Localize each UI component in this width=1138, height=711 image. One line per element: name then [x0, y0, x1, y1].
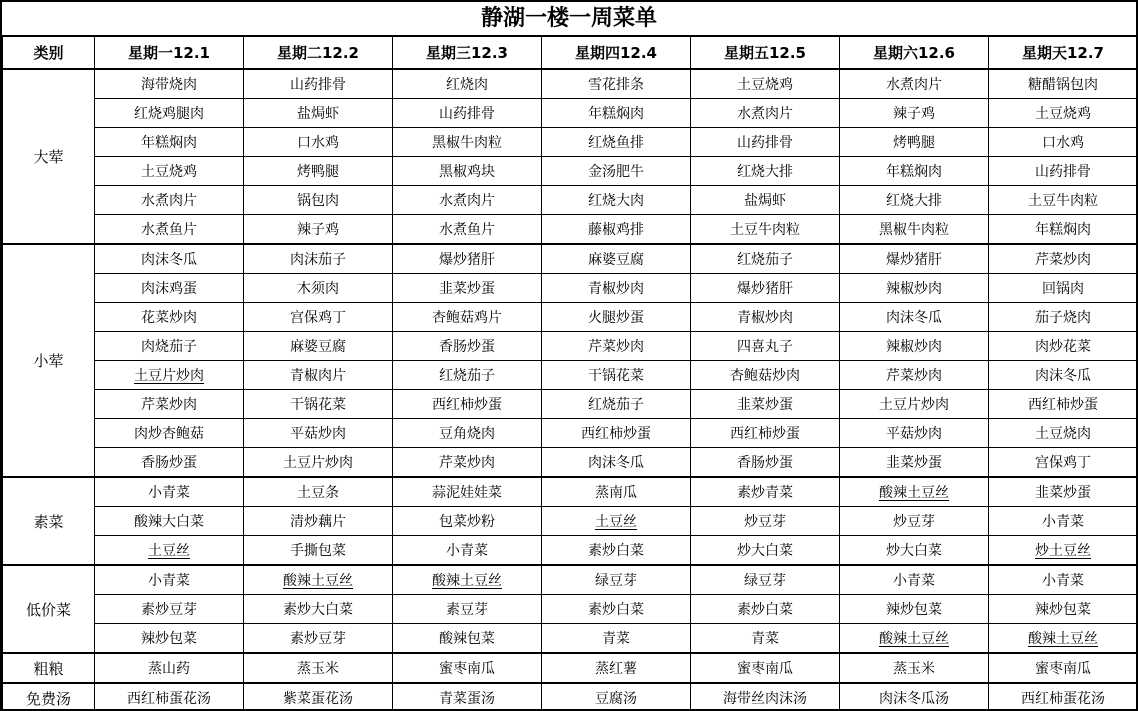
menu-header: 类别星期一12.1星期二12.2星期三12.3星期四12.4星期五12.5星期六… — [3, 36, 1138, 69]
menu-cell-di-jia-cai-tue-1: 酸辣土豆丝 — [244, 565, 393, 595]
menu-cell-di-jia-cai-mon-3: 辣炒包菜 — [95, 624, 244, 654]
menu-cell-xiao-hun-wed-3: 杏鲍菇鸡片 — [393, 303, 542, 332]
menu-cell-da-hun-wed-2: 山药排骨 — [393, 99, 542, 128]
menu-cell-xiao-hun-fri-1: 红烧茄子 — [691, 244, 840, 274]
menu-cell-su-cai-sat-2: 炒豆芽 — [840, 507, 989, 536]
menu-cell-mian-fei-tang-fri-1: 海带丝肉沫汤 — [691, 683, 840, 711]
menu-cell-xiao-hun-tue-6: 干锅花菜 — [244, 390, 393, 419]
menu-cell-xiao-hun-sat-7: 平菇炒肉 — [840, 419, 989, 448]
menu-cell-xiao-hun-tue-5: 青椒肉片 — [244, 361, 393, 390]
menu-cell-xiao-hun-mon-4: 肉烧茄子 — [95, 332, 244, 361]
category-cell-mian-fei-tang: 免费汤 — [3, 683, 95, 711]
menu-cell-xiao-hun-fri-3: 青椒炒肉 — [691, 303, 840, 332]
menu-cell-di-jia-cai-thu-1: 绿豆芽 — [542, 565, 691, 595]
menu-cell-da-hun-fri-1: 土豆烧鸡 — [691, 69, 840, 99]
di-jia-cai-row-1: 低价菜小青菜酸辣土豆丝酸辣土豆丝绿豆芽绿豆芽小青菜小青菜 — [3, 565, 1138, 595]
column-header-fri: 星期五12.5 — [691, 36, 840, 69]
menu-cell-da-hun-tue-1: 山药排骨 — [244, 69, 393, 99]
menu-cell-da-hun-thu-2: 年糕焖肉 — [542, 99, 691, 128]
menu-cell-xiao-hun-wed-7: 豆角烧肉 — [393, 419, 542, 448]
menu-cell-xiao-hun-wed-6: 西红柿炒蛋 — [393, 390, 542, 419]
da-hun-row-2: 红烧鸡腿肉盐焗虾山药排骨年糕焖肉水煮肉片辣子鸡土豆烧鸡 — [3, 99, 1138, 128]
menu-cell-di-jia-cai-wed-1: 酸辣土豆丝 — [393, 565, 542, 595]
page-title: 静湖一楼一周菜单 — [2, 2, 1136, 35]
menu-cell-da-hun-mon-1: 海带烧肉 — [95, 69, 244, 99]
menu-cell-da-hun-sun-5: 土豆牛肉粒 — [989, 186, 1138, 215]
da-hun-row-6: 水煮鱼片辣子鸡水煮鱼片藤椒鸡排土豆牛肉粒黑椒牛肉粒年糕焖肉 — [3, 215, 1138, 245]
menu-cell-da-hun-sun-2: 土豆烧鸡 — [989, 99, 1138, 128]
menu-cell-xiao-hun-tue-4: 麻婆豆腐 — [244, 332, 393, 361]
menu-cell-xiao-hun-fri-8: 香肠炒蛋 — [691, 448, 840, 478]
menu-cell-di-jia-cai-sun-1: 小青菜 — [989, 565, 1138, 595]
menu-cell-da-hun-tue-5: 锅包肉 — [244, 186, 393, 215]
column-header-sun: 星期天12.7 — [989, 36, 1138, 69]
menu-cell-xiao-hun-mon-5: 土豆片炒肉 — [95, 361, 244, 390]
menu-cell-mian-fei-tang-tue-1: 紫菜蛋花汤 — [244, 683, 393, 711]
category-cell-xiao-hun: 小荤 — [3, 244, 95, 477]
menu-cell-di-jia-cai-fri-2: 素炒白菜 — [691, 595, 840, 624]
menu-cell-mian-fei-tang-wed-1: 青菜蛋汤 — [393, 683, 542, 711]
menu-cell-da-hun-fri-3: 山药排骨 — [691, 128, 840, 157]
menu-cell-xiao-hun-sat-3: 肉沫冬瓜 — [840, 303, 989, 332]
menu-cell-su-cai-tue-3: 手撕包菜 — [244, 536, 393, 566]
menu-cell-xiao-hun-mon-2: 肉沫鸡蛋 — [95, 274, 244, 303]
menu-cell-di-jia-cai-fri-1: 绿豆芽 — [691, 565, 840, 595]
menu-cell-xiao-hun-sun-4: 肉炒花菜 — [989, 332, 1138, 361]
menu-cell-cu-liang-mon-1: 蒸山药 — [95, 653, 244, 683]
menu-cell-xiao-hun-wed-4: 香肠炒蛋 — [393, 332, 542, 361]
menu-cell-da-hun-sat-4: 年糕焖肉 — [840, 157, 989, 186]
su-cai-row-2: 酸辣大白菜清炒藕片包菜炒粉土豆丝炒豆芽炒豆芽小青菜 — [3, 507, 1138, 536]
menu-cell-da-hun-wed-1: 红烧肉 — [393, 69, 542, 99]
menu-cell-da-hun-mon-3: 年糕焖肉 — [95, 128, 244, 157]
menu-cell-da-hun-fri-2: 水煮肉片 — [691, 99, 840, 128]
menu-cell-xiao-hun-wed-5: 红烧茄子 — [393, 361, 542, 390]
menu-cell-xiao-hun-sun-1: 芹菜炒肉 — [989, 244, 1138, 274]
menu-cell-da-hun-sun-6: 年糕焖肉 — [989, 215, 1138, 245]
menu-cell-da-hun-sat-3: 烤鸭腿 — [840, 128, 989, 157]
xiao-hun-row-8: 香肠炒蛋土豆片炒肉芹菜炒肉肉沫冬瓜香肠炒蛋韭菜炒蛋宫保鸡丁 — [3, 448, 1138, 478]
menu-cell-da-hun-sat-2: 辣子鸡 — [840, 99, 989, 128]
menu-cell-xiao-hun-thu-3: 火腿炒蛋 — [542, 303, 691, 332]
menu-cell-da-hun-sun-1: 糖醋锅包肉 — [989, 69, 1138, 99]
menu-cell-da-hun-fri-5: 盐焗虾 — [691, 186, 840, 215]
menu-cell-su-cai-fri-1: 素炒青菜 — [691, 477, 840, 507]
di-jia-cai-row-3: 辣炒包菜素炒豆芽酸辣包菜青菜青菜酸辣土豆丝酸辣土豆丝 — [3, 624, 1138, 654]
menu-cell-xiao-hun-mon-1: 肉沫冬瓜 — [95, 244, 244, 274]
menu-cell-xiao-hun-thu-4: 芹菜炒肉 — [542, 332, 691, 361]
menu-cell-cu-liang-fri-1: 蜜枣南瓜 — [691, 653, 840, 683]
menu-cell-su-cai-thu-2: 土豆丝 — [542, 507, 691, 536]
menu-cell-da-hun-mon-6: 水煮鱼片 — [95, 215, 244, 245]
menu-cell-da-hun-sat-1: 水煮肉片 — [840, 69, 989, 99]
column-header-sat: 星期六12.6 — [840, 36, 989, 69]
column-header-mon: 星期一12.1 — [95, 36, 244, 69]
menu-cell-xiao-hun-thu-6: 红烧茄子 — [542, 390, 691, 419]
menu-cell-da-hun-mon-4: 土豆烧鸡 — [95, 157, 244, 186]
menu-cell-di-jia-cai-sat-1: 小青菜 — [840, 565, 989, 595]
menu-cell-xiao-hun-thu-1: 麻婆豆腐 — [542, 244, 691, 274]
menu-cell-xiao-hun-mon-8: 香肠炒蛋 — [95, 448, 244, 478]
menu-cell-da-hun-tue-6: 辣子鸡 — [244, 215, 393, 245]
menu-cell-da-hun-tue-2: 盐焗虾 — [244, 99, 393, 128]
xiao-hun-row-5: 土豆片炒肉青椒肉片红烧茄子干锅花菜杏鲍菇炒肉芹菜炒肉肉沫冬瓜 — [3, 361, 1138, 390]
menu-cell-di-jia-cai-fri-3: 青菜 — [691, 624, 840, 654]
menu-cell-cu-liang-wed-1: 蜜枣南瓜 — [393, 653, 542, 683]
xiao-hun-row-3: 花菜炒肉宫保鸡丁杏鲍菇鸡片火腿炒蛋青椒炒肉肉沫冬瓜茄子烧肉 — [3, 303, 1138, 332]
menu-cell-di-jia-cai-sat-3: 酸辣土豆丝 — [840, 624, 989, 654]
menu-cell-xiao-hun-mon-3: 花菜炒肉 — [95, 303, 244, 332]
di-jia-cai-row-2: 素炒豆芽素炒大白菜素豆芽素炒白菜素炒白菜辣炒包菜辣炒包菜 — [3, 595, 1138, 624]
menu-cell-cu-liang-tue-1: 蒸玉米 — [244, 653, 393, 683]
menu-cell-xiao-hun-tue-8: 土豆片炒肉 — [244, 448, 393, 478]
menu-cell-su-cai-fri-2: 炒豆芽 — [691, 507, 840, 536]
menu-cell-xiao-hun-thu-8: 肉沫冬瓜 — [542, 448, 691, 478]
menu-cell-di-jia-cai-tue-3: 素炒豆芽 — [244, 624, 393, 654]
xiao-hun-row-7: 肉炒杏鲍菇平菇炒肉豆角烧肉西红柿炒蛋西红柿炒蛋平菇炒肉土豆烧肉 — [3, 419, 1138, 448]
menu-cell-su-cai-mon-3: 土豆丝 — [95, 536, 244, 566]
xiao-hun-row-1: 小荤肉沫冬瓜肉沫茄子爆炒猪肝麻婆豆腐红烧茄子爆炒猪肝芹菜炒肉 — [3, 244, 1138, 274]
menu-cell-da-hun-thu-3: 红烧鱼排 — [542, 128, 691, 157]
menu-cell-xiao-hun-sun-2: 回锅肉 — [989, 274, 1138, 303]
menu-cell-da-hun-mon-2: 红烧鸡腿肉 — [95, 99, 244, 128]
menu-cell-da-hun-thu-6: 藤椒鸡排 — [542, 215, 691, 245]
menu-cell-di-jia-cai-thu-2: 素炒白菜 — [542, 595, 691, 624]
menu-cell-xiao-hun-sun-3: 茄子烧肉 — [989, 303, 1138, 332]
menu-cell-da-hun-wed-3: 黑椒牛肉粒 — [393, 128, 542, 157]
xiao-hun-row-4: 肉烧茄子麻婆豆腐香肠炒蛋芹菜炒肉四喜丸子辣椒炒肉肉炒花菜 — [3, 332, 1138, 361]
menu-body: 大荤海带烧肉山药排骨红烧肉雪花排条土豆烧鸡水煮肉片糖醋锅包肉红烧鸡腿肉盐焗虾山药… — [3, 69, 1138, 711]
menu-cell-da-hun-sun-3: 口水鸡 — [989, 128, 1138, 157]
menu-cell-xiao-hun-sat-1: 爆炒猪肝 — [840, 244, 989, 274]
menu-cell-cu-liang-sat-1: 蒸玉米 — [840, 653, 989, 683]
da-hun-row-1: 大荤海带烧肉山药排骨红烧肉雪花排条土豆烧鸡水煮肉片糖醋锅包肉 — [3, 69, 1138, 99]
su-cai-row-3: 土豆丝手撕包菜小青菜素炒白菜炒大白菜炒大白菜炒土豆丝 — [3, 536, 1138, 566]
menu-cell-su-cai-thu-1: 蒸南瓜 — [542, 477, 691, 507]
menu-cell-xiao-hun-mon-6: 芹菜炒肉 — [95, 390, 244, 419]
menu-cell-su-cai-wed-3: 小青菜 — [393, 536, 542, 566]
menu-cell-xiao-hun-thu-2: 青椒炒肉 — [542, 274, 691, 303]
da-hun-row-3: 年糕焖肉口水鸡黑椒牛肉粒红烧鱼排山药排骨烤鸭腿口水鸡 — [3, 128, 1138, 157]
menu-cell-xiao-hun-thu-7: 西红柿炒蛋 — [542, 419, 691, 448]
menu-cell-da-hun-thu-4: 金汤肥牛 — [542, 157, 691, 186]
weekly-menu-sheet: 静湖一楼一周菜单 类别星期一12.1星期二12.2星期三12.3星期四12.4星… — [0, 0, 1138, 711]
header-row: 类别星期一12.1星期二12.2星期三12.3星期四12.4星期五12.5星期六… — [3, 36, 1138, 69]
menu-cell-di-jia-cai-mon-2: 素炒豆芽 — [95, 595, 244, 624]
menu-cell-da-hun-fri-6: 土豆牛肉粒 — [691, 215, 840, 245]
category-cell-di-jia-cai: 低价菜 — [3, 565, 95, 653]
menu-cell-xiao-hun-sat-4: 辣椒炒肉 — [840, 332, 989, 361]
menu-cell-su-cai-tue-2: 清炒藕片 — [244, 507, 393, 536]
menu-cell-da-hun-mon-5: 水煮肉片 — [95, 186, 244, 215]
menu-cell-su-cai-mon-1: 小青菜 — [95, 477, 244, 507]
da-hun-row-5: 水煮肉片锅包肉水煮肉片红烧大肉盐焗虾红烧大排土豆牛肉粒 — [3, 186, 1138, 215]
menu-cell-xiao-hun-wed-1: 爆炒猪肝 — [393, 244, 542, 274]
menu-cell-da-hun-fri-4: 红烧大排 — [691, 157, 840, 186]
menu-cell-su-cai-mon-2: 酸辣大白菜 — [95, 507, 244, 536]
menu-cell-xiao-hun-fri-4: 四喜丸子 — [691, 332, 840, 361]
menu-cell-su-cai-fri-3: 炒大白菜 — [691, 536, 840, 566]
menu-cell-xiao-hun-sat-5: 芹菜炒肉 — [840, 361, 989, 390]
menu-cell-xiao-hun-tue-1: 肉沫茄子 — [244, 244, 393, 274]
menu-cell-xiao-hun-wed-8: 芹菜炒肉 — [393, 448, 542, 478]
menu-cell-su-cai-wed-2: 包菜炒粉 — [393, 507, 542, 536]
column-header-wed: 星期三12.3 — [393, 36, 542, 69]
menu-cell-xiao-hun-tue-7: 平菇炒肉 — [244, 419, 393, 448]
menu-cell-xiao-hun-fri-5: 杏鲍菇炒肉 — [691, 361, 840, 390]
menu-cell-xiao-hun-wed-2: 韭菜炒蛋 — [393, 274, 542, 303]
category-cell-cu-liang: 粗粮 — [3, 653, 95, 683]
menu-cell-mian-fei-tang-sun-1: 西红柿蛋花汤 — [989, 683, 1138, 711]
menu-cell-di-jia-cai-wed-2: 素豆芽 — [393, 595, 542, 624]
menu-cell-su-cai-thu-3: 素炒白菜 — [542, 536, 691, 566]
menu-cell-xiao-hun-sun-5: 肉沫冬瓜 — [989, 361, 1138, 390]
menu-cell-da-hun-sun-4: 山药排骨 — [989, 157, 1138, 186]
xiao-hun-row-6: 芹菜炒肉干锅花菜西红柿炒蛋红烧茄子韭菜炒蛋土豆片炒肉西红柿炒蛋 — [3, 390, 1138, 419]
menu-cell-da-hun-wed-6: 水煮鱼片 — [393, 215, 542, 245]
mian-fei-tang-row-1: 免费汤西红柿蛋花汤紫菜蛋花汤青菜蛋汤豆腐汤海带丝肉沫汤肉沫冬瓜汤西红柿蛋花汤 — [3, 683, 1138, 711]
menu-cell-da-hun-wed-4: 黑椒鸡块 — [393, 157, 542, 186]
menu-cell-su-cai-sat-1: 酸辣土豆丝 — [840, 477, 989, 507]
menu-cell-su-cai-sun-1: 韭菜炒蛋 — [989, 477, 1138, 507]
menu-cell-di-jia-cai-mon-1: 小青菜 — [95, 565, 244, 595]
menu-cell-da-hun-thu-5: 红烧大肉 — [542, 186, 691, 215]
menu-cell-mian-fei-tang-mon-1: 西红柿蛋花汤 — [95, 683, 244, 711]
menu-cell-da-hun-sat-6: 黑椒牛肉粒 — [840, 215, 989, 245]
da-hun-row-4: 土豆烧鸡烤鸭腿黑椒鸡块金汤肥牛红烧大排年糕焖肉山药排骨 — [3, 157, 1138, 186]
menu-cell-xiao-hun-fri-7: 西红柿炒蛋 — [691, 419, 840, 448]
menu-cell-di-jia-cai-wed-3: 酸辣包菜 — [393, 624, 542, 654]
menu-cell-xiao-hun-sun-7: 土豆烧肉 — [989, 419, 1138, 448]
menu-cell-di-jia-cai-thu-3: 青菜 — [542, 624, 691, 654]
menu-cell-xiao-hun-mon-7: 肉炒杏鲍菇 — [95, 419, 244, 448]
menu-cell-xiao-hun-tue-3: 宫保鸡丁 — [244, 303, 393, 332]
menu-cell-su-cai-wed-1: 蒜泥娃娃菜 — [393, 477, 542, 507]
menu-cell-di-jia-cai-tue-2: 素炒大白菜 — [244, 595, 393, 624]
menu-cell-di-jia-cai-sat-2: 辣炒包菜 — [840, 595, 989, 624]
menu-cell-xiao-hun-thu-5: 干锅花菜 — [542, 361, 691, 390]
menu-cell-su-cai-sun-3: 炒土豆丝 — [989, 536, 1138, 566]
column-header-tue: 星期二12.2 — [244, 36, 393, 69]
menu-cell-su-cai-sun-2: 小青菜 — [989, 507, 1138, 536]
menu-cell-xiao-hun-sun-6: 西红柿炒蛋 — [989, 390, 1138, 419]
menu-cell-da-hun-wed-5: 水煮肉片 — [393, 186, 542, 215]
menu-cell-da-hun-thu-1: 雪花排条 — [542, 69, 691, 99]
menu-cell-xiao-hun-sun-8: 宫保鸡丁 — [989, 448, 1138, 478]
menu-table: 类别星期一12.1星期二12.2星期三12.3星期四12.4星期五12.5星期六… — [2, 35, 1138, 711]
menu-cell-xiao-hun-fri-6: 韭菜炒蛋 — [691, 390, 840, 419]
menu-cell-mian-fei-tang-sat-1: 肉沫冬瓜汤 — [840, 683, 989, 711]
menu-cell-su-cai-tue-1: 土豆条 — [244, 477, 393, 507]
menu-cell-da-hun-tue-4: 烤鸭腿 — [244, 157, 393, 186]
menu-cell-xiao-hun-sat-2: 辣椒炒肉 — [840, 274, 989, 303]
menu-cell-cu-liang-thu-1: 蒸红薯 — [542, 653, 691, 683]
xiao-hun-row-2: 肉沫鸡蛋木须肉韭菜炒蛋青椒炒肉爆炒猪肝辣椒炒肉回锅肉 — [3, 274, 1138, 303]
menu-cell-xiao-hun-tue-2: 木须肉 — [244, 274, 393, 303]
menu-cell-da-hun-sat-5: 红烧大排 — [840, 186, 989, 215]
menu-cell-xiao-hun-sat-6: 土豆片炒肉 — [840, 390, 989, 419]
menu-cell-da-hun-tue-3: 口水鸡 — [244, 128, 393, 157]
menu-cell-xiao-hun-sat-8: 韭菜炒蛋 — [840, 448, 989, 478]
menu-cell-mian-fei-tang-thu-1: 豆腐汤 — [542, 683, 691, 711]
su-cai-row-1: 素菜小青菜土豆条蒜泥娃娃菜蒸南瓜素炒青菜酸辣土豆丝韭菜炒蛋 — [3, 477, 1138, 507]
category-cell-da-hun: 大荤 — [3, 69, 95, 244]
cu-liang-row-1: 粗粮蒸山药蒸玉米蜜枣南瓜蒸红薯蜜枣南瓜蒸玉米蜜枣南瓜 — [3, 653, 1138, 683]
column-header-category: 类别 — [3, 36, 95, 69]
menu-cell-cu-liang-sun-1: 蜜枣南瓜 — [989, 653, 1138, 683]
menu-cell-di-jia-cai-sun-3: 酸辣土豆丝 — [989, 624, 1138, 654]
menu-cell-xiao-hun-fri-2: 爆炒猪肝 — [691, 274, 840, 303]
menu-cell-di-jia-cai-sun-2: 辣炒包菜 — [989, 595, 1138, 624]
category-cell-su-cai: 素菜 — [3, 477, 95, 565]
column-header-thu: 星期四12.4 — [542, 36, 691, 69]
menu-cell-su-cai-sat-3: 炒大白菜 — [840, 536, 989, 566]
